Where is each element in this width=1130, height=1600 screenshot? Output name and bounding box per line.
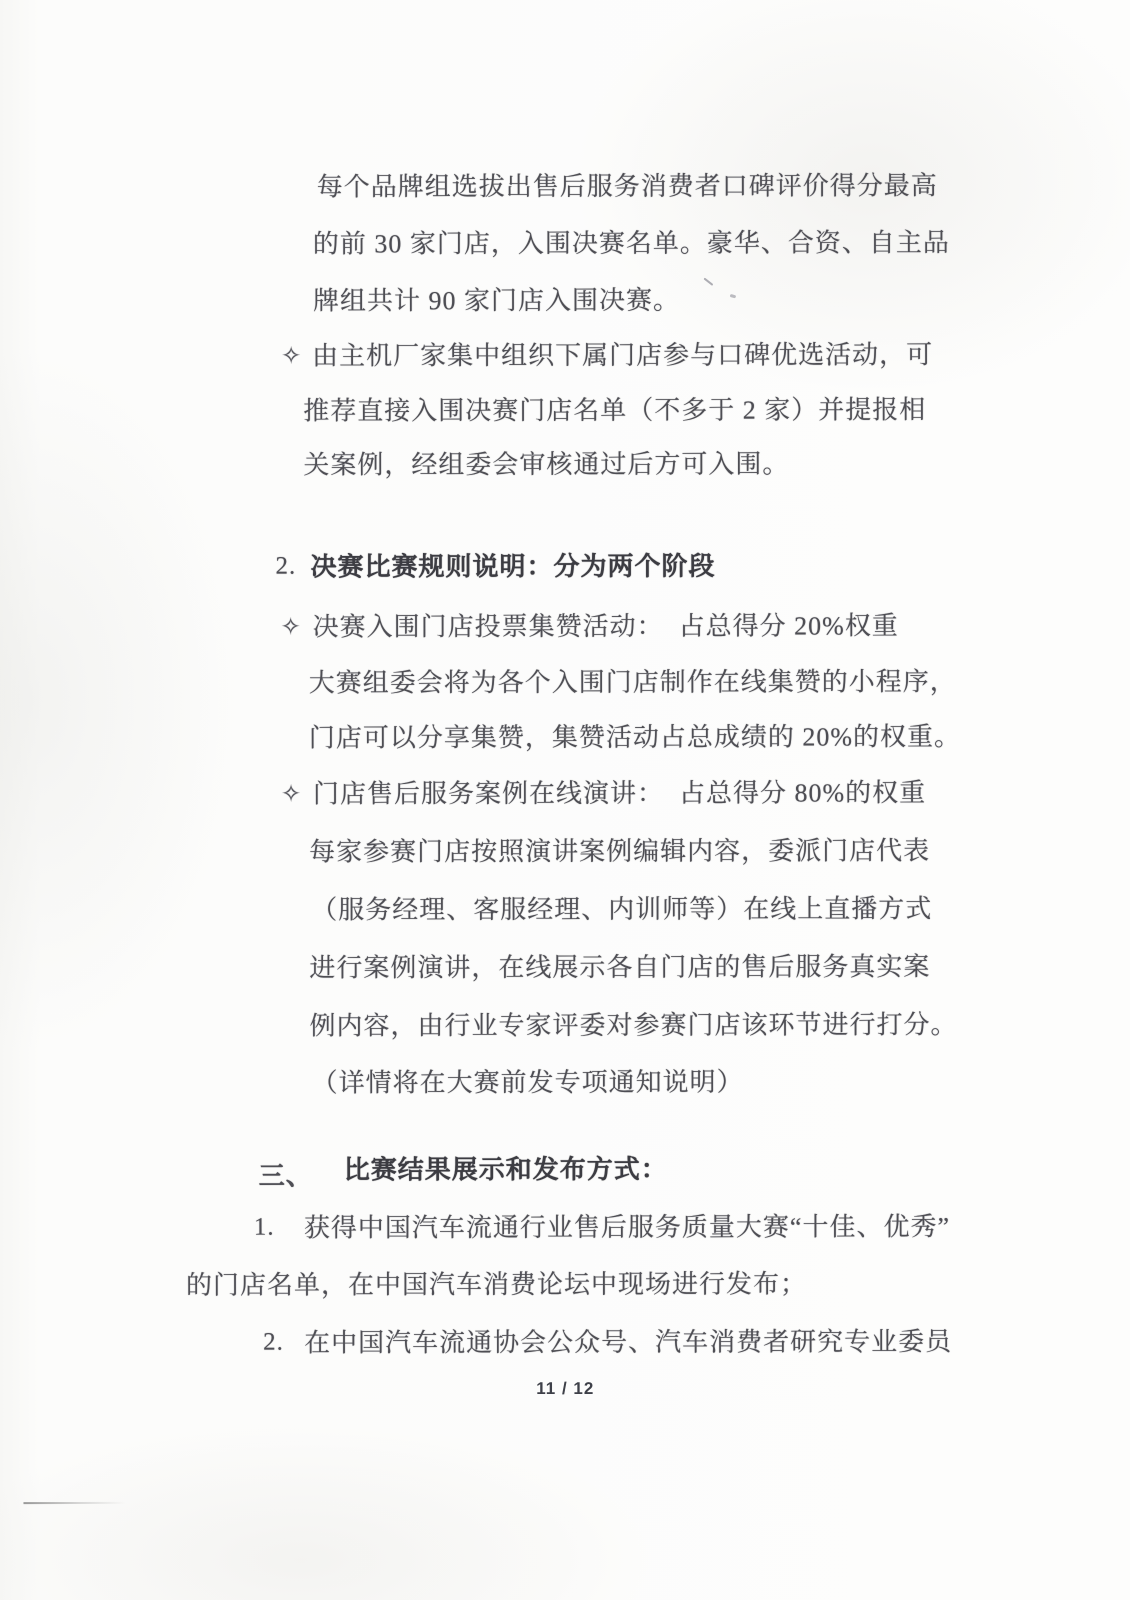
list-number: 2. bbox=[263, 1329, 284, 1357]
bullet-line: （详情将在大赛前发专项通知说明） bbox=[312, 1067, 744, 1100]
page-number: 11 / 12 bbox=[536, 1379, 594, 1399]
bullet-line: 推荐直接入围决赛门店名单（不多于 2 家）并提报相 bbox=[303, 394, 926, 427]
bullet-line: 门店可以分享集赞，集赞活动占总成绩的 20%的权重。 bbox=[309, 721, 961, 754]
bullet-line: 每家参赛门店按照演讲案例编辑内容，委派门店代表 bbox=[309, 835, 930, 868]
paragraph-line: 牌组共计 90 家门店入围决赛。 bbox=[313, 285, 680, 318]
pen-dot-artifact bbox=[730, 294, 737, 298]
bullet-line: 例内容，由行业专家评委对参赛门店该环节进行打分。 bbox=[309, 1009, 957, 1042]
scan-line-artifact bbox=[23, 1502, 125, 1504]
bullet-line: 大赛组委会将为各个入围门店制作在线集赞的小程序， bbox=[309, 666, 957, 699]
paragraph-line: 每个品牌组选拔出售后服务消费者口碑评价得分最高 bbox=[317, 170, 938, 203]
bullet-line: 决赛入围门店投票集赞活动： 占总得分 20%权重 bbox=[313, 610, 899, 643]
paragraph-line: 的前 30 家门店，入围决赛名单。豪华、合资、自主品 bbox=[313, 227, 950, 260]
list-number: 1. bbox=[254, 1214, 275, 1242]
section-heading: 比赛结果展示和发布方式： bbox=[344, 1154, 668, 1187]
list-item-line: 的门店名单，在中国汽车消费论坛中现场进行发布； bbox=[186, 1268, 807, 1301]
bullet-line: 由主机厂家集中组织下属门店参与口碑优选活动，可 bbox=[312, 339, 933, 372]
list-item-line: 在中国汽车流通协会公众号、汽车消费者研究专业委员 bbox=[304, 1326, 952, 1359]
bullet-line: 进行案例演讲，在线展示各自门店的售后服务真实案 bbox=[309, 951, 930, 984]
pen-mark-artifact bbox=[703, 278, 713, 286]
scanned-document-page: 每个品牌组选拔出售后服务消费者口碑评价得分最高 的前 30 家门店，入围决赛名单… bbox=[0, 0, 1130, 1600]
bullet-line: 门店售后服务案例在线演讲： 占总得分 80%的权重 bbox=[313, 777, 926, 810]
section-number: 2. bbox=[275, 553, 296, 581]
bullet-line: （服务经理、客服经理、内训师等）在线上直播方式 bbox=[311, 893, 932, 926]
list-item-line: 获得中国汽车流通行业售后服务质量大赛“十佳、优秀” bbox=[304, 1211, 950, 1244]
section-heading: 决赛比赛规则说明：分为两个阶段 bbox=[310, 551, 715, 584]
bullet-diamond-icon: ✧ bbox=[281, 613, 301, 642]
section-number: 三、 bbox=[259, 1156, 313, 1193]
bullet-diamond-icon: ✧ bbox=[281, 780, 301, 809]
bullet-line: 关案例，经组委会审核通过后方可入围。 bbox=[303, 449, 789, 482]
bullet-diamond-icon: ✧ bbox=[281, 342, 301, 371]
